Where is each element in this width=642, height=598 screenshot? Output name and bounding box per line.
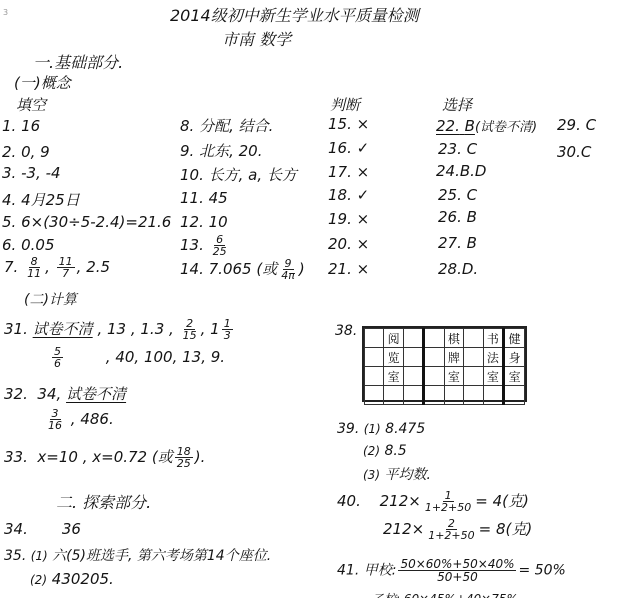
item-number: 13. (180, 236, 204, 254)
answer-item-1: 1. 16 (2, 117, 40, 135)
item-answer: 45 (209, 189, 228, 207)
item-answer: -3, -4 (21, 164, 60, 182)
item-number: 11. (180, 189, 204, 207)
page-marker: 3 (3, 8, 8, 17)
item-answer: 7.065 (209, 260, 252, 278)
answer-item-11: 11. 45 (180, 189, 228, 207)
fraction: 1825 (175, 446, 193, 469)
item-number: 12. (180, 213, 204, 231)
judge-item-18: 18. ✓ (328, 186, 369, 204)
item-answer: 0, 9 (21, 143, 50, 161)
item-answer: 分配, 结合. (199, 117, 273, 135)
cross-mark: × (357, 163, 370, 181)
answer-item-7: 7. 811, 117, 2.5 (4, 256, 110, 279)
item-number: 1. (2, 117, 16, 135)
subsection-calculation: (二)计算 (24, 289, 77, 309)
choice-item-22: 22. B(试卷不清) (436, 116, 537, 135)
answer-item-32-row2: 316 , 486. (44, 408, 114, 431)
room-label-char: 阅 (384, 329, 404, 348)
fraction: 21+2+50 (426, 518, 476, 541)
item-answer: 北东, 20. (199, 142, 262, 160)
unclear-note: 试卷不清 (66, 385, 126, 403)
answer-item-40-line1: 40. 212×11+2+50= 4(克) (337, 490, 529, 513)
fraction: 11+2+50 (423, 490, 473, 513)
answer-item-5: 5. 6×(30÷5-2.4)=21.6 (2, 213, 171, 231)
fraction: 316 (46, 408, 64, 431)
fraction: 117 (57, 256, 75, 279)
choice-item-28: 28.D. (438, 260, 478, 278)
judge-item-17: 17. × (328, 163, 369, 181)
floor-plan-grid: 阅棋书健 览牌法身 室室室室 (362, 326, 527, 402)
choice-item-23: 23. C (438, 140, 477, 158)
answer-item-33: 33. x=10 , x=0.72 (或1825). (4, 446, 205, 469)
document-subtitle: 市南 数学 (222, 27, 291, 50)
document-title: 2014级初中新生学业水平质量检测 (170, 3, 419, 26)
item-answer: 2.5 (86, 258, 110, 276)
fraction: 56 (52, 346, 63, 369)
choice-item-30: 30.C (557, 143, 591, 161)
answer-item-31-row1: 31. 试卷不清 , 13 , 1.3 , 215, 113 (4, 318, 235, 341)
answer-item-41-cut-line: 乙校: 60×45%+40×75% (372, 590, 518, 598)
item-number: 3. (2, 164, 16, 182)
judge-item-21: 21. × (328, 260, 369, 278)
item-number: 10. (180, 166, 204, 184)
item-answer: 10 (209, 213, 228, 231)
item-number: 8. (180, 117, 194, 135)
judge-item-16: 16. ✓ (328, 139, 369, 157)
unclear-note: 试卷不清 (33, 320, 93, 338)
fraction: 811 (25, 256, 43, 279)
answer-item-31-row2: 56 , 40, 100, 13, 9. (50, 346, 225, 369)
item-number: 5. (2, 213, 16, 231)
answer-item-9: 9. 北东, 20. (180, 140, 263, 161)
answer-item-39-part2: (2) 8.5 (363, 443, 407, 459)
cross-mark: × (357, 210, 370, 228)
choice-item-26: 26. B (438, 208, 477, 226)
answer-item-35-part1: 35. (1) 六(5)班选手, 第六考场第14个座位. (4, 545, 271, 565)
item-number: 2. (2, 143, 16, 161)
fraction: 94π (279, 258, 297, 281)
cross-mark: × (357, 235, 370, 253)
answer-item-32: 32. 34, 试卷不清 (4, 383, 126, 404)
judge-label: 判断 (330, 94, 360, 115)
cross-mark: × (357, 115, 370, 133)
answer-item-8: 8. 分配, 结合. (180, 115, 273, 136)
check-mark: ✓ (357, 139, 370, 157)
cross-mark: × (357, 260, 370, 278)
fraction: 625 (211, 234, 229, 257)
answer-item-35-part2: (2) 430205. (30, 570, 114, 588)
answer-item-14: 14. 7.065 (或94π) (180, 258, 305, 281)
answer-item-2: 2. 0, 9 (2, 143, 50, 161)
answer-item-41: 41. 甲校:50×60%+50×40%50+50= 50% (337, 558, 566, 583)
fraction: 215 (181, 318, 199, 341)
answer-item-39-part3: (3) 平均数. (363, 464, 431, 484)
item-answer: 6×(30÷5-2.4)=21.6 (21, 213, 171, 231)
choice-item-27: 27. B (438, 234, 477, 252)
item-number: 7. (4, 258, 18, 276)
answer-item-6: 6. 0.05 (2, 236, 55, 254)
item-answer: 0.05 (21, 236, 54, 254)
section-2-title: 二. 探索部分. (56, 490, 151, 513)
item-answer: 4月25日 (21, 191, 80, 209)
fraction: 50×60%+50×40%50+50 (398, 558, 516, 583)
check-mark: ✓ (357, 186, 370, 204)
item-number: 9. (180, 142, 194, 160)
judge-item-20: 20. × (328, 235, 369, 253)
judge-item-19: 19. × (328, 210, 369, 228)
answer-item-12: 12. 10 (180, 213, 228, 231)
section-1-title: 一.基础部分. (33, 50, 123, 73)
fill-blank-label: 填空 (16, 94, 46, 115)
item-number: 14. (180, 260, 204, 278)
item-number: 6. (2, 236, 16, 254)
answer-item-40-line2: 212×21+2+50= 8(克) (383, 518, 532, 541)
choice-label: 选择 (442, 94, 472, 115)
item-number: 4. (2, 191, 16, 209)
answer-item-10: 10. 长方, a, 长方 (180, 164, 297, 185)
judge-item-15: 15. × (328, 115, 369, 133)
item-answer: 16 (21, 117, 40, 135)
unclear-note: (试卷不清) (475, 120, 537, 135)
choice-item-24: 24.B.D (436, 162, 486, 180)
answer-item-39-part1: 39. (1) 8.475 (337, 421, 425, 437)
answer-item-4: 4. 4月25日 (2, 189, 80, 210)
answer-item-38-number: 38. (335, 323, 357, 339)
item-answer: 长方, a, 长方 (209, 166, 297, 184)
subsection-concept: (一)概念 (14, 72, 71, 93)
answer-item-13: 13. 625 (180, 234, 231, 257)
answer-item-3: 3. -3, -4 (2, 164, 61, 182)
choice-item-25: 25. C (438, 186, 477, 204)
fraction: 13 (222, 318, 233, 341)
answer-item-34: 34.36 (4, 520, 81, 538)
choice-item-29: 29. C (557, 116, 596, 134)
